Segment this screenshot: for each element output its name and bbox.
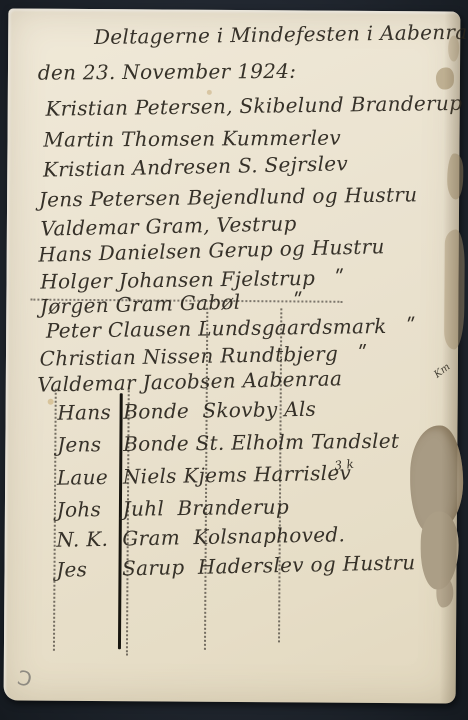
handwritten-line: Martin Thomsen Kummerlev <box>43 126 341 152</box>
row-details: Bonde Skovby Als <box>123 397 316 424</box>
row-details: Sarup Haderslev og Hustru <box>122 550 416 580</box>
table-row: JohsJuhl Branderup <box>57 495 290 522</box>
divider-dotted-vertical-2 <box>126 387 130 655</box>
handwritten-line: Kristian Petersen, Skibelund Branderup <box>45 91 462 121</box>
title-line: Deltagerne i Mindefesten i Aabenraa <box>94 20 468 49</box>
table-row: N. K.Gram Kolsnaphoved. <box>56 522 345 552</box>
handwritten-line: Jens Petersen Bejendlund og Hustru <box>39 182 418 211</box>
date-line: den 23. November 1924: <box>38 59 297 85</box>
handwritten-line: Kristian Andresen S. Sejrslev <box>43 151 349 181</box>
first-name: Johs <box>57 497 123 522</box>
first-name: Hans <box>57 400 123 425</box>
pencil-mark: Ɔ <box>15 665 34 691</box>
table-row: JesSarup Haderslev og Hustru <box>56 550 416 582</box>
row-details: Bonde St. Elholm Tandslet <box>123 429 399 456</box>
postcard: Deltagerne i Mindefesten i Aabenraa den … <box>4 8 461 703</box>
handwritten-line: Valdemar Jacobsen Aabenraa <box>37 366 342 396</box>
handwritten-line: Peter Clausen Lundsgaardsmark ʺ <box>46 314 416 343</box>
table-row: HansBonde Skovby Als <box>57 397 316 425</box>
row-details: Juhl Branderup <box>122 495 289 521</box>
row-details: Niels Kjems Harrislev <box>123 461 352 489</box>
stain-freckle <box>48 399 54 405</box>
first-name: N. K. <box>56 527 122 552</box>
handwritten-line: Jørgen Gram Gabøl ʺ <box>40 288 304 318</box>
first-name: Laue <box>57 465 123 490</box>
table-row: JensBonde St. Elholm Tandslet <box>57 429 399 457</box>
superscript-note: 3 k <box>334 457 355 473</box>
first-name: Jes <box>56 556 122 581</box>
row-details: Gram Kolsnaphoved. <box>122 522 345 550</box>
first-name: Jens <box>57 432 123 457</box>
card-edge-shadow <box>440 11 461 703</box>
table-row: LaueNiels Kjems Harrislev <box>57 461 352 490</box>
